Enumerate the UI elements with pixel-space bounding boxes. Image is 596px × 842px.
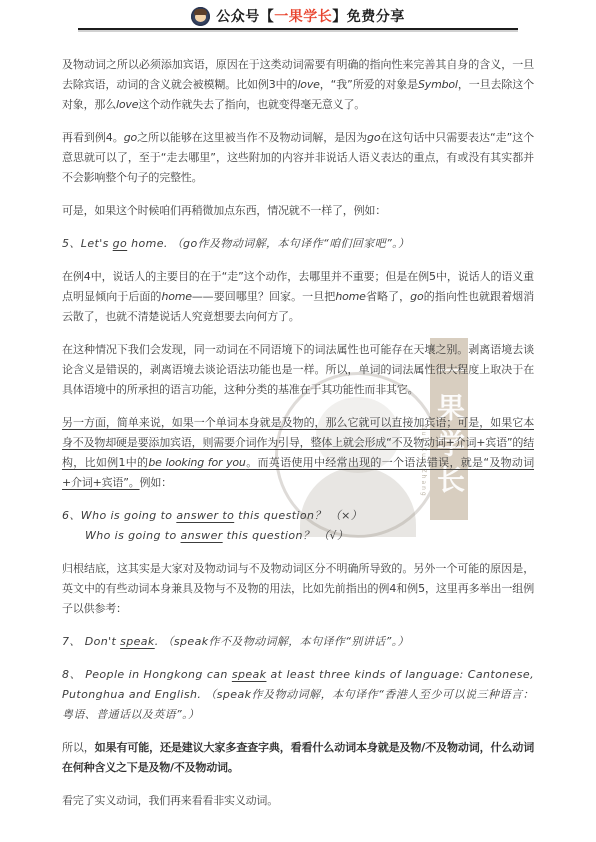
para-transition: 看完了实义动词，我们再来看看非实义动词。 <box>62 791 534 811</box>
example-6-right: Who is going to answer this question？ （√… <box>62 526 534 546</box>
text-segment: 这个动作就失去了指向，也就变得毫无意义了。 <box>138 98 365 111</box>
document-body: 及物动词之所以必须添加宾语，原因在于这类动词需要有明确的指向性来完善其自身的含义… <box>0 30 596 811</box>
text-segment: 8、 People in Hongkong can <box>62 668 232 681</box>
text-segment: love <box>297 78 319 91</box>
text-segment: 5、Let's <box>62 237 113 250</box>
document-page: 公众号【一果学长】免费分享 一果学长 Guo Xue Zhang 及物动词之所以… <box>0 0 596 842</box>
para-example4-explain: 再看到例4。go之所以能够在这里被当作不及物动词解，是因为go在这句话中只需要表… <box>62 128 534 188</box>
text-segment: Who is going to <box>85 529 181 542</box>
text-segment: 可是，如果这个时候咱们再稍微加点东西，情况就不一样了，例如： <box>62 204 386 217</box>
header-suffix: 】免费分享 <box>332 9 405 25</box>
header-prefix: 公众号【 <box>216 9 274 25</box>
text-segment: home. （go作及物动词解，本句译作“咱们回家吧”。） <box>127 237 409 250</box>
example-6-wrong: 6、Who is going to answer to this questio… <box>62 506 534 526</box>
text-segment: 所以， <box>62 741 95 754</box>
para-transitive-explain: 及物动词之所以必须添加宾语，原因在于这类动词需要有明确的指向性来完善其自身的含义… <box>62 55 534 115</box>
header-brand: 一果学长 <box>274 9 332 25</box>
text-segment: 如果有可能，还是建议大家多查查字典，看看什么动词本身就是及物/不及物动词，什么动… <box>62 741 534 774</box>
text-segment: answer <box>181 529 223 542</box>
para-root-cause: 归根结底，这其实是大家对及物动词与不及物动词区分不明确所导致的。另外一个可能的原… <box>62 559 534 619</box>
text-segment: go <box>124 131 137 144</box>
para-rule-underlined: 另一方面，简单来说，如果一个单词本身就是及物的，那么它就可以直接加宾语；可是，如… <box>62 413 534 493</box>
text-segment: home <box>161 290 191 303</box>
example-5: 5、Let's go home. （go作及物动词解，本句译作“咱们回家吧”。） <box>62 234 534 254</box>
text-segment: 例如： <box>140 476 172 489</box>
text-segment: speak <box>120 635 155 648</box>
text-segment: 省略了， <box>366 290 410 303</box>
text-segment: ，“我”所爱的对象是 <box>320 78 418 91</box>
text-segment: Symbol <box>418 78 458 91</box>
text-segment: go <box>113 237 128 250</box>
example-7: 7、 Don't speak. （speak作不及物动词解，本句译作“别讲话”。… <box>62 632 534 652</box>
text-segment: be looking for you <box>148 456 245 469</box>
text-segment: 看完了实义动词，我们再来看看非实义动词。 <box>62 794 278 807</box>
text-segment: 归根结底，这其实是大家对及物动词与不及物动词区分不明确所导致的。另外一个可能的原… <box>62 562 534 615</box>
para-example4-vs-5: 在例4中，说话人的主要目的在于“走”这个动作，去哪里并不重要；但是在例5中，说话… <box>62 267 534 327</box>
para-however: 可是，如果这个时候咱们再稍微加点东西，情况就不一样了，例如： <box>62 201 534 221</box>
text-segment: ——要回哪里？回家。一旦把 <box>192 290 335 303</box>
text-segment: love <box>116 98 138 111</box>
text-segment: . （speak作不及物动词解，本句译作“别讲话”。） <box>155 635 409 648</box>
text-segment: 6、Who is going to <box>62 509 176 522</box>
text-segment: 之所以能够在这里被当作不及物动词解，是因为 <box>137 131 367 144</box>
boy-avatar-icon <box>191 7 210 26</box>
text-segment: 在这种情况下我们会发现，同一动词在不同语境下的词法属性也可能存在天壤之别。剥离语… <box>62 343 534 396</box>
page-header: 公众号【一果学长】免费分享 <box>0 0 596 27</box>
text-segment: 再看到例4。 <box>62 131 124 144</box>
text-segment: speak <box>232 668 267 681</box>
text-segment: go <box>410 290 423 303</box>
para-advice-bold: 所以，如果有可能，还是建议大家多查查字典，看看什么动词本身就是及物/不及物动词，… <box>62 738 534 778</box>
text-segment: this question？ （×） <box>234 509 362 522</box>
text-segment: 7、 Don't <box>62 635 120 648</box>
text-segment: go <box>367 131 380 144</box>
text-segment: home <box>335 290 365 303</box>
header-title: 公众号【一果学长】免费分享 <box>216 6 405 26</box>
text-segment: answer to <box>176 509 234 522</box>
text-segment: this question？ （√） <box>223 529 349 542</box>
para-context-matters: 在这种情况下我们会发现，同一动词在不同语境下的词法属性也可能存在天壤之别。剥离语… <box>62 340 534 400</box>
example-8: 8、 People in Hongkong can speak at least… <box>62 665 534 725</box>
